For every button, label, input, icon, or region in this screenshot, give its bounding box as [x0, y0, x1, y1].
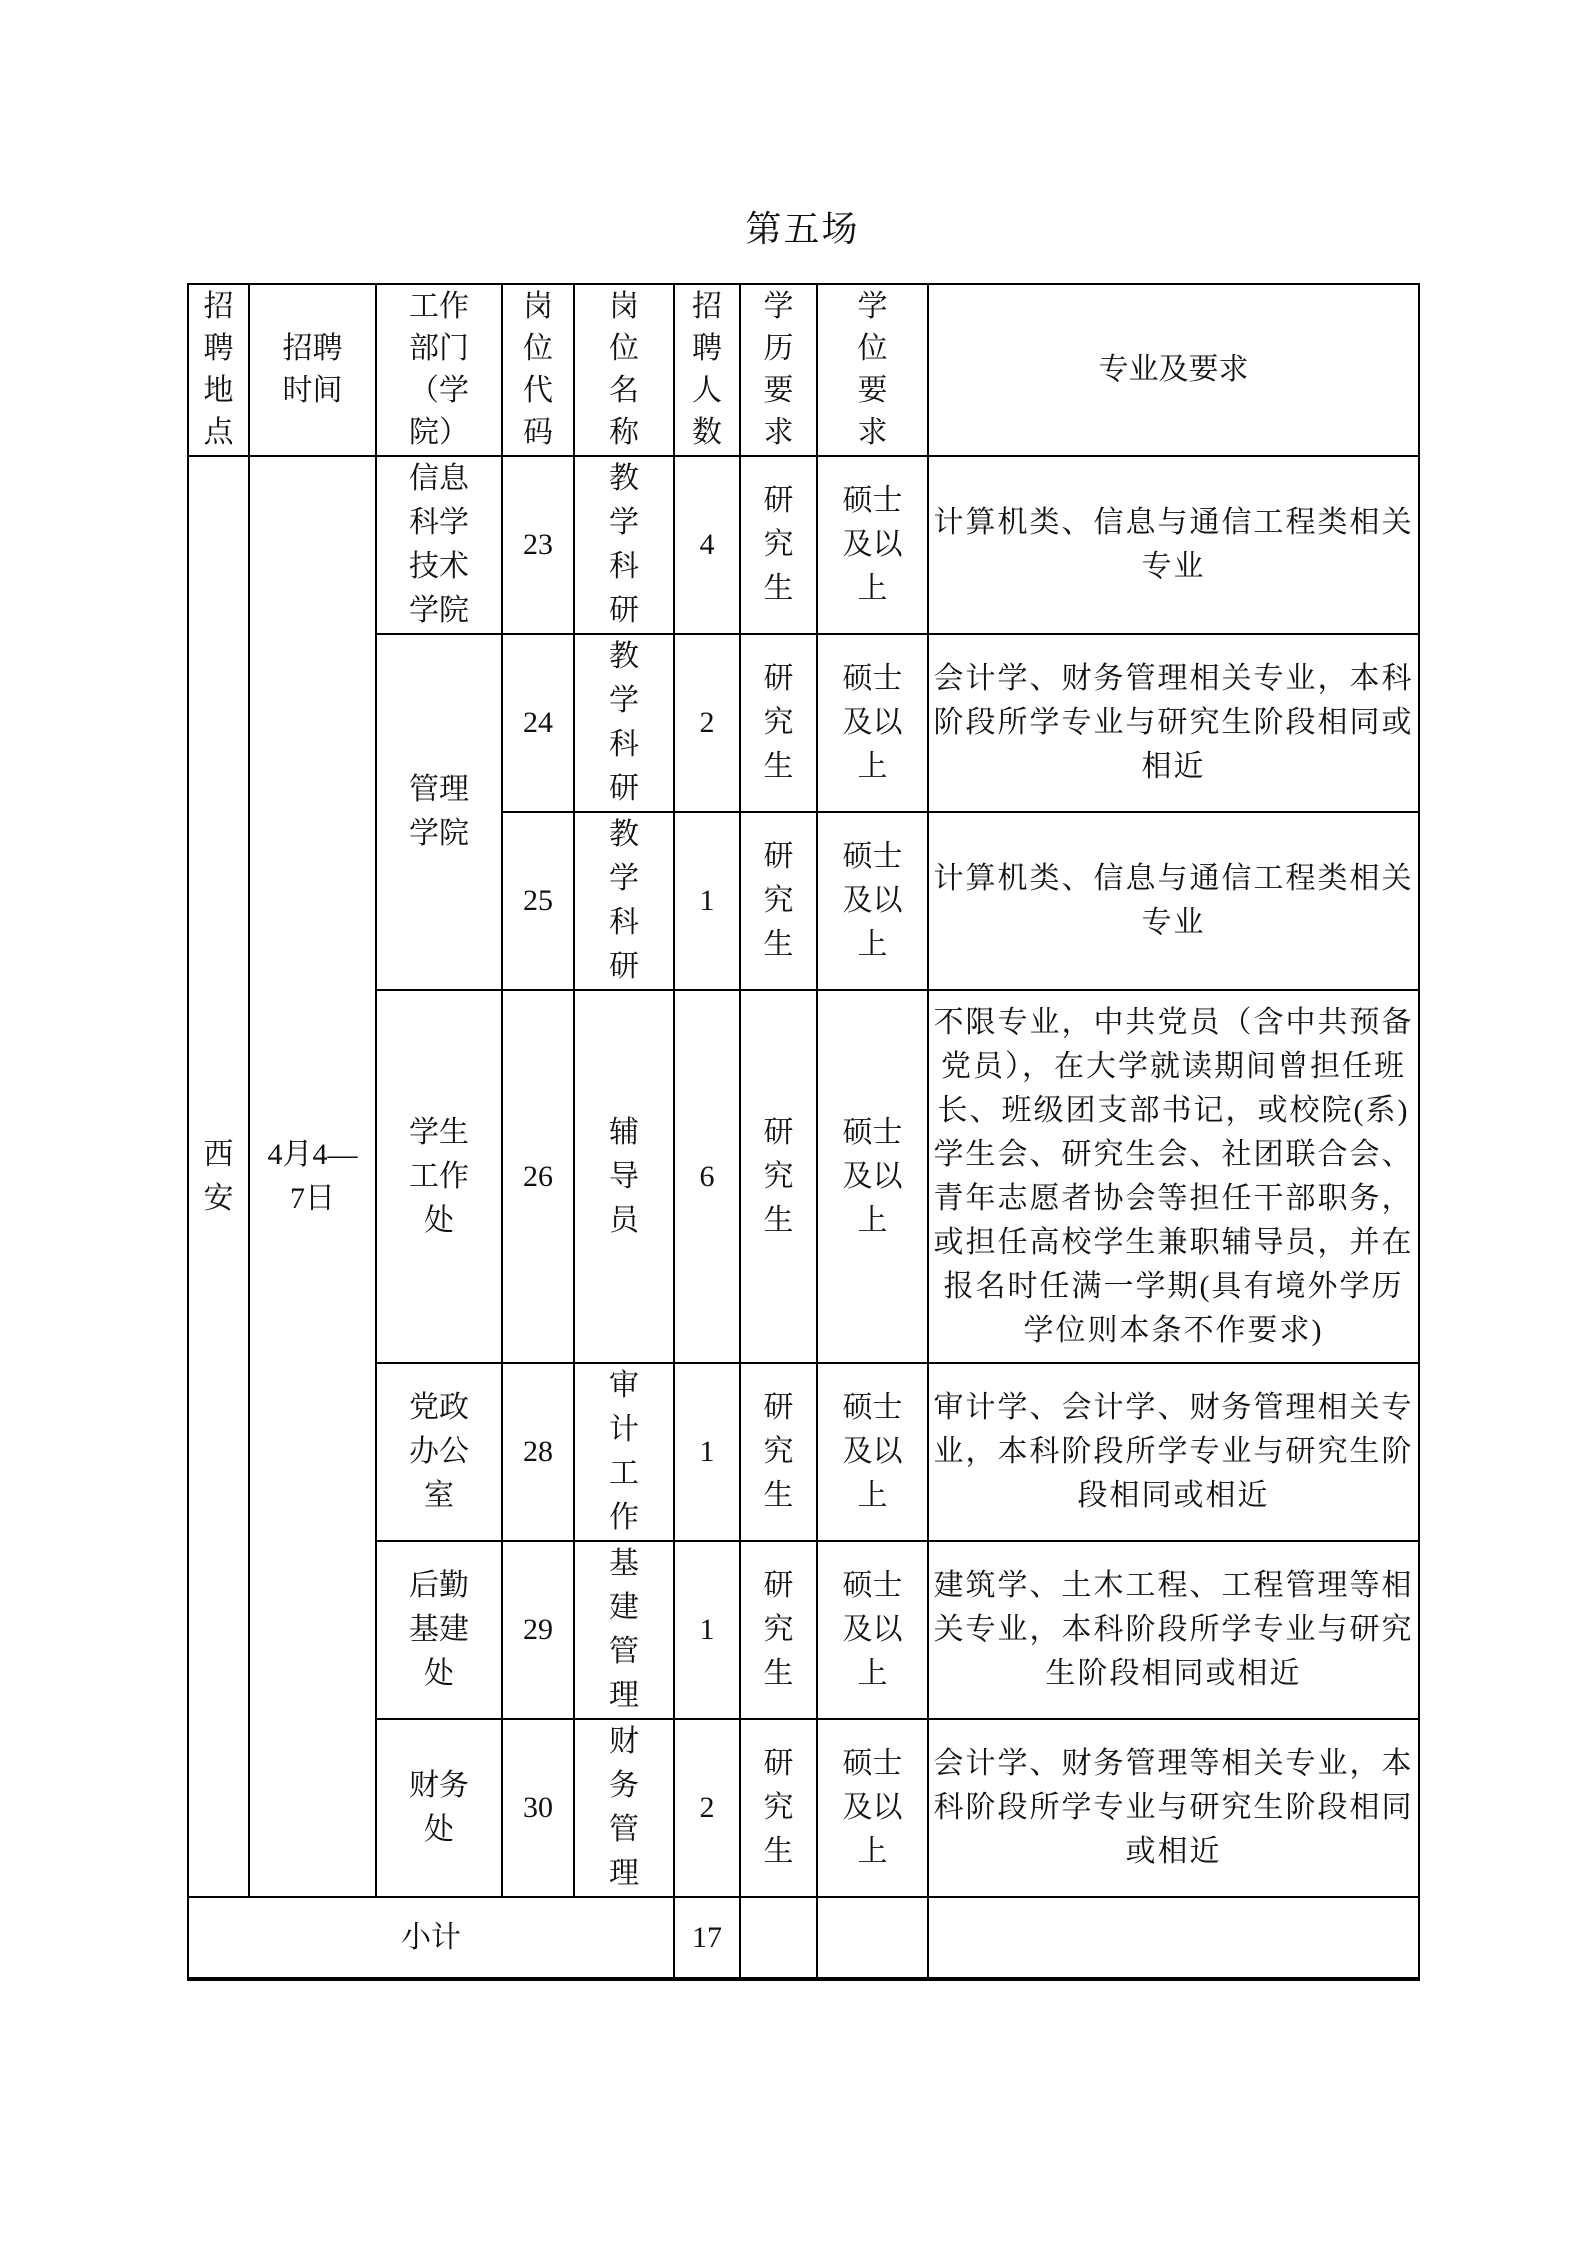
cell-degree-24: 硕士及以上: [817, 634, 928, 812]
cell-code-24: 24: [502, 634, 574, 812]
cell-count-24: 2: [674, 634, 740, 812]
document-page: 第五场 招聘地点 招聘时间 工作部门（学院） 岗位代码 岗位名称 招聘人数 学历…: [0, 0, 1587, 2245]
cell-code-26: 26: [502, 990, 574, 1363]
cell-degree-29: 硕士及以上: [817, 1541, 928, 1719]
header-cell-major: 专业及要求: [928, 284, 1419, 456]
cell-name-23: 教学科研: [574, 456, 674, 634]
cell-name-25: 教学科研: [574, 812, 674, 990]
cell-dept-logistics: 后勤基建处: [376, 1541, 502, 1719]
cell-name-24: 教学科研: [574, 634, 674, 812]
cell-req-26: 不限专业，中共党员（含中共预备党员），在大学就读期间曾担任班长、班级团支部书记，…: [928, 990, 1419, 1363]
cell-dept-finance: 财务处: [376, 1719, 502, 1897]
cell-count-30: 2: [674, 1719, 740, 1897]
cell-req-28: 审计学、会计学、财务管理相关专业，本科阶段所学专业与研究生阶段相同或相近: [928, 1363, 1419, 1541]
cell-edu-28: 研究生: [740, 1363, 817, 1541]
cell-edu-25: 研究生: [740, 812, 817, 990]
cell-edu-24: 研究生: [740, 634, 817, 812]
cell-degree-28: 硕士及以上: [817, 1363, 928, 1541]
cell-code-25: 25: [502, 812, 574, 990]
subtotal-empty-edu: [740, 1897, 817, 1979]
page-title: 第五场: [187, 201, 1418, 252]
cell-dept-party-office: 党政办公室: [376, 1363, 502, 1541]
cell-count-25: 1: [674, 812, 740, 990]
cell-req-30: 会计学、财务管理等相关专业，本科阶段所学专业与研究生阶段相同或相近: [928, 1719, 1419, 1897]
cell-location: 西安: [188, 456, 249, 1897]
header-cell-degree: 学位要求: [817, 284, 928, 456]
header-row: 招聘地点 招聘时间 工作部门（学院） 岗位代码 岗位名称 招聘人数 学历要求 学…: [188, 284, 1419, 456]
cell-name-26: 辅导员: [574, 990, 674, 1363]
header-cell-department: 工作部门（学院）: [376, 284, 502, 456]
cell-dept-info-science: 信息科学技术学院: [376, 456, 502, 634]
subtotal-row: 小计 17: [188, 1897, 1419, 1979]
cell-dept-student-affairs: 学生工作处: [376, 990, 502, 1363]
cell-count-28: 1: [674, 1363, 740, 1541]
cell-req-23: 计算机类、信息与通信工程类相关专业: [928, 456, 1419, 634]
cell-req-25: 计算机类、信息与通信工程类相关专业: [928, 812, 1419, 990]
header-cell-education: 学历要求: [740, 284, 817, 456]
recruitment-table: 招聘地点 招聘时间 工作部门（学院） 岗位代码 岗位名称 招聘人数 学历要求 学…: [187, 283, 1420, 1981]
subtotal-empty-major: [928, 1897, 1419, 1979]
header-cell-code: 岗位代码: [502, 284, 574, 456]
cell-code-29: 29: [502, 1541, 574, 1719]
cell-code-28: 28: [502, 1363, 574, 1541]
header-cell-count: 招聘人数: [674, 284, 740, 456]
cell-name-29: 基建管理: [574, 1541, 674, 1719]
header-cell-name: 岗位名称: [574, 284, 674, 456]
subtotal-label-cell: 小计: [188, 1897, 674, 1979]
subtotal-empty-degree: [817, 1897, 928, 1979]
cell-dept-management: 管理学院: [376, 634, 502, 990]
cell-count-23: 4: [674, 456, 740, 634]
cell-code-30: 30: [502, 1719, 574, 1897]
cell-degree-25: 硕士及以上: [817, 812, 928, 990]
header-cell-time: 招聘时间: [249, 284, 376, 456]
cell-degree-23: 硕士及以上: [817, 456, 928, 634]
table-row-23: 西安 4月4—7日 信息科学技术学院 23 教学科研 4 研究生 硕士及以上 计…: [188, 456, 1419, 634]
cell-degree-30: 硕士及以上: [817, 1719, 928, 1897]
cell-edu-29: 研究生: [740, 1541, 817, 1719]
cell-req-24: 会计学、财务管理相关专业，本科阶段所学专业与研究生阶段相同或相近: [928, 634, 1419, 812]
cell-edu-23: 研究生: [740, 456, 817, 634]
cell-count-29: 1: [674, 1541, 740, 1719]
cell-edu-30: 研究生: [740, 1719, 817, 1897]
cell-degree-26: 硕士及以上: [817, 990, 928, 1363]
cell-edu-26: 研究生: [740, 990, 817, 1363]
subtotal-count-cell: 17: [674, 1897, 740, 1979]
cell-time: 4月4—7日: [249, 456, 376, 1897]
cell-name-28: 审计工作: [574, 1363, 674, 1541]
cell-name-30: 财务管理: [574, 1719, 674, 1897]
cell-req-29: 建筑学、土木工程、工程管理等相关专业，本科阶段所学专业与研究生阶段相同或相近: [928, 1541, 1419, 1719]
cell-count-26: 6: [674, 990, 740, 1363]
cell-code-23: 23: [502, 456, 574, 634]
header-cell-location: 招聘地点: [188, 284, 249, 456]
